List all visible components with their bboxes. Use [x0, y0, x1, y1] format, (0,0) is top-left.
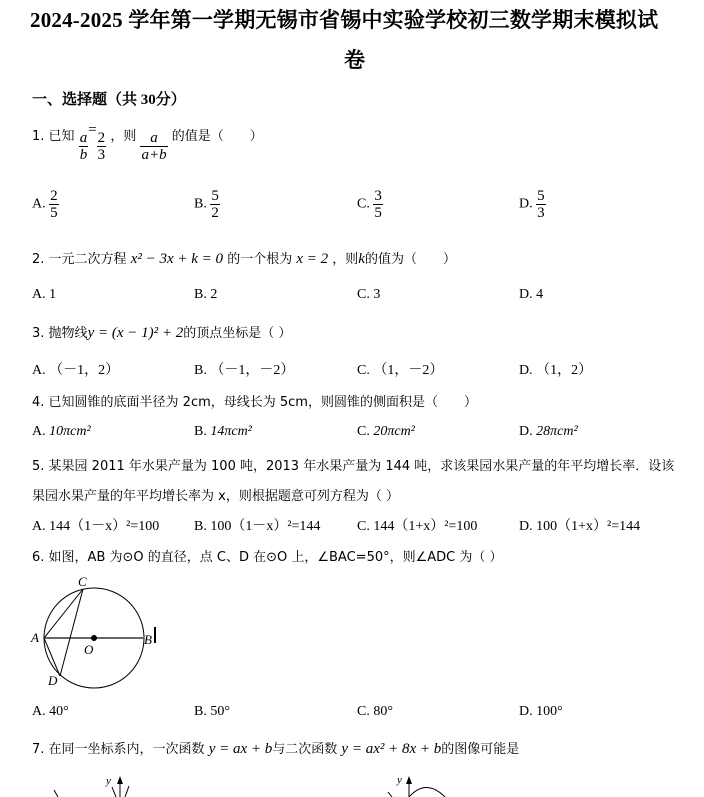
question-1: 1. 已知 a b = 2 3 ，则 a a+b 的值是（ ） — [32, 122, 263, 163]
label-a: A — [30, 630, 39, 645]
option-a[interactable]: A. 10πcm² — [32, 424, 91, 440]
graph-option-b: y — [370, 770, 470, 797]
label-b: B — [144, 632, 152, 647]
label-o: O — [84, 642, 94, 657]
option-d[interactable]: D. 53 — [519, 188, 546, 221]
option-a[interactable]: A. 144（1－x）²=100 — [32, 515, 159, 535]
question-3: 3. 抛物线y = (x − 1)² + 2的顶点坐标是（ ） — [32, 322, 291, 342]
fraction-two-thirds: 2 3 — [97, 130, 107, 163]
option-b[interactable]: B. 50° — [194, 704, 230, 720]
option-fraction: 52 — [210, 188, 220, 221]
question-5: 5. 某果园 2011 年水果产量为 100 吨，2013 年水果产量为 144… — [32, 455, 674, 474]
question-number: 1. — [32, 129, 44, 144]
equation-linear: y = ax + b — [209, 741, 273, 757]
label-d: D — [47, 673, 58, 688]
option-a[interactable]: A. 25 — [32, 188, 59, 221]
fraction-a-over-b: a b — [79, 130, 89, 163]
option-d[interactable]: D. （1，2） — [519, 359, 592, 379]
option-fraction: 25 — [49, 188, 59, 221]
option-fraction: 53 — [536, 188, 546, 221]
option-b[interactable]: B. 14πcm² — [194, 424, 252, 440]
option-d[interactable]: D. 100° — [519, 704, 563, 720]
option-b[interactable]: B. 100（1－x）²=144 — [194, 515, 320, 535]
question-7: 7. 在同一坐标系内，一次函数 y = ax + b与二次函数 y = ax² … — [32, 738, 519, 758]
option-b[interactable]: B. 2 — [194, 287, 217, 303]
option-c[interactable]: C. 80° — [357, 704, 393, 720]
circle-diagram: C A B O D — [28, 572, 168, 692]
fraction-a-over-a-plus-b: a a+b — [140, 130, 167, 163]
option-d[interactable]: D. 28πcm² — [519, 424, 578, 440]
y-axis-label: y — [105, 775, 111, 787]
option-fraction: 35 — [373, 188, 383, 221]
option-d[interactable]: D. 4 — [519, 287, 543, 303]
section-heading: 一、选择题（共 30分） — [32, 88, 186, 109]
equation: y = (x − 1)² + 2 — [88, 325, 184, 341]
option-c[interactable]: C. （1，－2） — [357, 359, 443, 379]
option-a[interactable]: A. （－1，2） — [32, 359, 119, 379]
question-text: 的值是（ ） — [172, 129, 263, 144]
option-c[interactable]: C. 144（1+x）²=100 — [357, 515, 477, 535]
graph-option-a: y — [40, 772, 140, 797]
question-5-line-2: 果园水果产量的年平均增长率为 x，则根据题意可列方程为（ ） — [32, 485, 399, 504]
option-c[interactable]: C. 35 — [357, 188, 383, 221]
option-b[interactable]: B. （－1，－2） — [194, 359, 294, 379]
root: x = 2 — [296, 251, 328, 267]
option-c[interactable]: C. 20πcm² — [357, 424, 415, 440]
option-a[interactable]: A. 40° — [32, 704, 69, 720]
document-title-line-1: 2024-2025 学年第一学期无锡市省锡中实验学校初三数学期末模拟试 — [30, 4, 658, 34]
question-2: 2. 一元二次方程 x² − 3x + k = 0 的一个根为 x = 2 ，则… — [32, 248, 456, 268]
equation: x² − 3x + k = 0 — [131, 251, 223, 267]
y-axis-label: y — [396, 774, 402, 786]
question-4: 4. 已知圆锥的底面半径为 2cm，母线长为 5cm，则圆锥的侧面积是（ ） — [32, 391, 477, 410]
question-text: ，则 — [110, 129, 136, 144]
label-c: C — [78, 574, 87, 589]
question-text: 已知 — [49, 129, 75, 144]
option-b[interactable]: B. 52 — [194, 188, 220, 221]
document-title-line-2: 卷 — [344, 44, 365, 74]
equation-quadratic: y = ax² + 8x + b — [341, 741, 441, 757]
option-c[interactable]: C. 3 — [357, 287, 380, 303]
option-d[interactable]: D. 100（1+x）²=144 — [519, 515, 640, 535]
option-a[interactable]: A. 1 — [32, 287, 56, 303]
question-6: 6. 如图，AB 为⊙O 的直径，点 C、D 在⊙O 上，∠BAC=50°，则∠… — [32, 546, 503, 565]
